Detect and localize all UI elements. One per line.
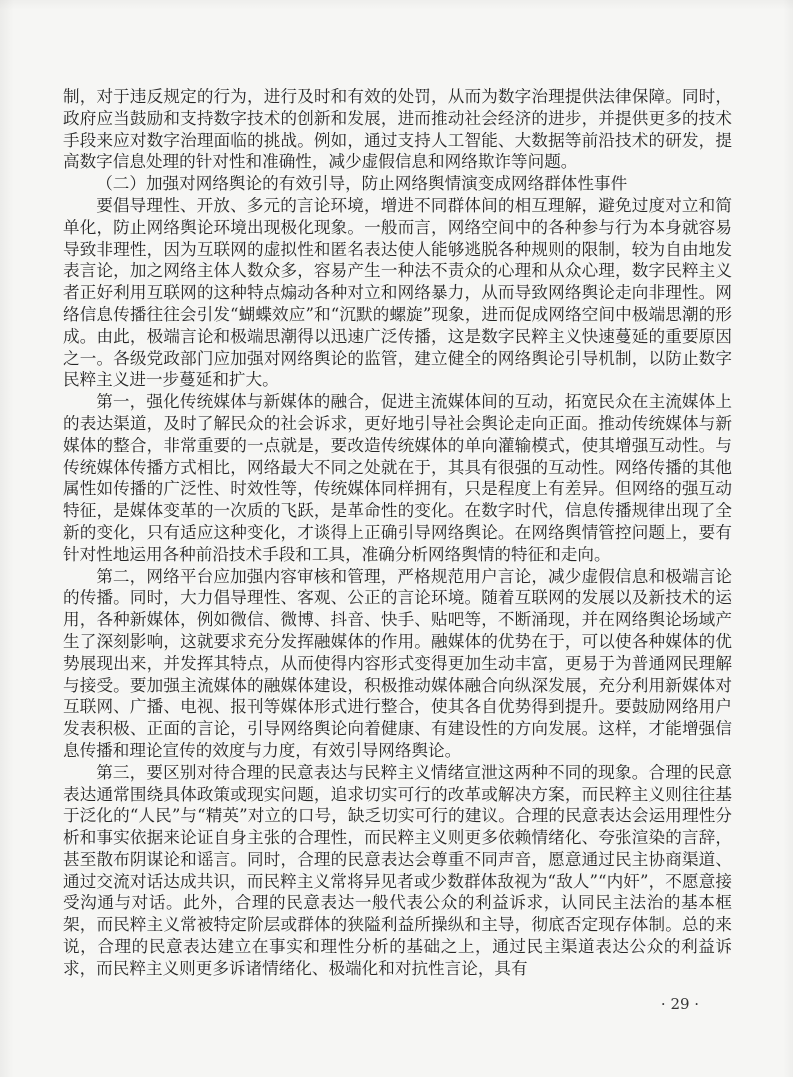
paragraph: 第一，强化传统媒体与新媒体的融合，促进主流媒体间的互动，拓宽民众在主流媒体上的表…: [63, 391, 732, 565]
scanned-document-page: 制，对于违反规定的行为，进行及时和有效的处罚，从而为数字治理提供法律保障。同时，…: [0, 0, 793, 1077]
paragraph: 要倡导理性、开放、多元的言论环境，增进不同群体间的相互理解，避免过度对立和简单化…: [63, 195, 732, 391]
text-block: 制，对于违反规定的行为，进行及时和有效的处罚，从而为数字治理提供法律保障。同时，…: [63, 86, 732, 980]
page-number: · 29 ·: [640, 995, 720, 1013]
paragraph-continuation: 制，对于违反规定的行为，进行及时和有效的处罚，从而为数字治理提供法律保障。同时，…: [63, 86, 732, 173]
section-heading: （二）加强对网络舆论的有效引导，防止网络舆情演变成网络群体性事件: [63, 173, 732, 195]
paragraph: 第三，要区别对待合理的民意表达与民粹主义情绪宣泄这两种不同的现象。合理的民意表达…: [63, 762, 732, 980]
paragraph: 第二，网络平台应加强内容审核和管理，严格规范用户言论，减少虚假信息和极端言论的传…: [63, 566, 732, 762]
